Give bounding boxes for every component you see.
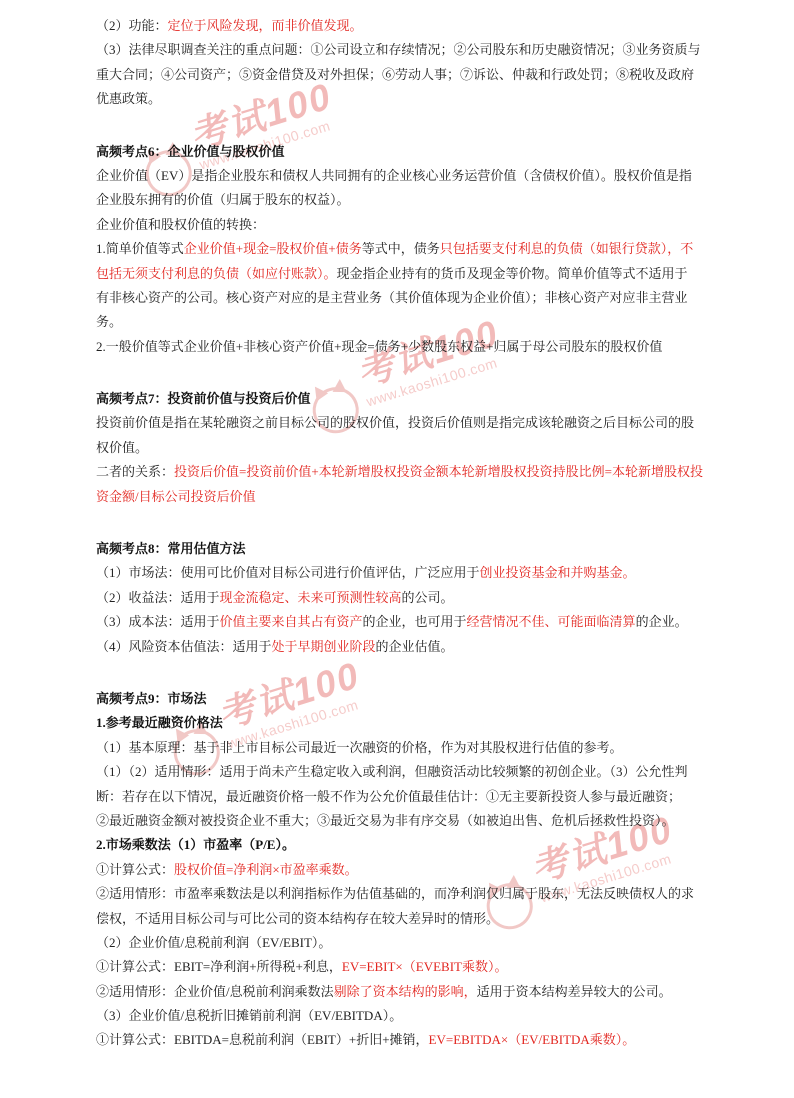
body-text: ①计算公式：EBITDA=息税前利润（EBIT）+折旧+摊销，: [96, 1032, 429, 1047]
highlight-red-text: 只包括要支付利息的负债（如银行贷款），不: [440, 241, 694, 256]
text-line: （3）企业价值/息税折旧摊销前利润（EV/EBITDA）。: [96, 1004, 746, 1028]
text-line: （2）收益法：适用于现金流稳定、未来可预测性较高的公司。: [96, 586, 746, 610]
text-line: 重大合同；④公司资产；⑤资金借贷及对外担保；⑥劳动人事；⑦诉讼、仲裁和行政处罚；…: [96, 63, 746, 87]
text-line: （4）风险资本估值法：适用于处于早期创业阶段的企业估值。: [96, 635, 746, 659]
body-text: 2.一般价值等式企业价值+非核心资产价值+现金=债务+少数股东权益+归属于母公司…: [96, 339, 662, 354]
body-text: 优惠政策。: [96, 91, 161, 106]
body-text: ②适用情形：企业价值/息税前利润乘数法: [96, 984, 334, 999]
body-text: 权价值。: [96, 440, 148, 455]
text-line: 有非核心资产的公司。核心资产对应的是主营业务（其价值体现为企业价值）；非核心资产…: [96, 286, 746, 310]
body-text: 重大合同；④公司资产；⑤资金借贷及对外担保；⑥劳动人事；⑦诉讼、仲裁和行政处罚；…: [96, 67, 694, 82]
text-line: 企业股东拥有的价值（归属于股东的权益）。: [96, 188, 746, 212]
highlight-red-text: 包括无须支付利息的负债（如应付账款）。: [96, 266, 337, 281]
body-text: 的企业。: [636, 614, 688, 629]
highlight-red-text: 股权价值=净利润×市盈率乘数。: [174, 862, 358, 877]
highlight-red-text: EV=EBIT×（EVEBIT乘数）。: [342, 959, 508, 974]
text-line: 企业价值（EV）是指企业股东和债权人共同拥有的企业核心业务运营价值（含债权价值）…: [96, 164, 746, 188]
body-text: （3）企业价值/息税折旧摊销前利润（EV/EBITDA）。: [96, 1008, 402, 1023]
body-text: （4）风险资本估值法：适用于: [96, 639, 272, 654]
highlight-red-text: 创业投资基金和并购基金。: [480, 565, 636, 580]
body-text: 的公司。: [402, 590, 454, 605]
text-line: 务。: [96, 310, 746, 334]
body-text: 1.参考最近融资价格法: [96, 715, 223, 730]
body-text: 断：若存在以下情况，最近融资价格一般不作为公允价值最佳估计：①无主要新投资人参与…: [96, 789, 681, 804]
body-text: 现金指企业持有的货币及现金等价物。简单价值等式不适用于: [337, 266, 688, 281]
body-text: 企业价值和股权价值的转换：: [96, 217, 265, 232]
body-text: （1）基本原理：基于非上市目标公司最近一次融资的价格，作为对其股权进行估值的参考…: [96, 740, 623, 755]
body-text: （1）（2）适用情形：适用于尚未产生稳定收入或利润，但融资活动比较频繁的初创企业…: [96, 764, 688, 779]
text-line: 断：若存在以下情况，最近融资价格一般不作为公允价值最佳估计：①无主要新投资人参与…: [96, 785, 746, 809]
document-page: 考试100 www.kaoshi100.com 考试100 www.kaoshi…: [0, 0, 794, 1098]
text-line: 1.简单价值等式企业价值+现金=股权价值+债务等式中，债务只包括要支付利息的负债…: [96, 237, 746, 261]
text-line: ①计算公式：股权价值=净利润×市盈率乘数。: [96, 858, 746, 882]
text-line: 二者的关系：投资后价值=投资前价值+本轮新增股权投资金额本轮新增股权投资持股比例…: [96, 460, 746, 484]
body-text: 有非核心资产的公司。核心资产对应的是主营业务（其价值体现为企业价值）；非核心资产…: [96, 290, 688, 305]
body-text: （2）企业价值/息税前利润（EV/EBIT）。: [96, 935, 331, 950]
text-line: ②适用情形：市盈率乘数法是以利润指标作为估值基础的，而净利润仅归属于股东，无法反…: [96, 882, 746, 906]
text-line: 投资前价值是指在某轮融资之前目标公司的股权价值，投资后价值则是指完成该轮融资之后…: [96, 411, 746, 435]
text-line: 企业价值和股权价值的转换：: [96, 213, 746, 237]
text-line: 1.参考最近融资价格法: [96, 711, 746, 735]
body-text: 务。: [96, 314, 122, 329]
body-text: 二者的关系：: [96, 464, 174, 479]
highlight-red-text: 价值主要来自其占有资产: [220, 614, 363, 629]
text-line: （2）企业价值/息税前利润（EV/EBIT）。: [96, 931, 746, 955]
text-line: 2.一般价值等式企业价值+非核心资产价值+现金=债务+少数股东权益+归属于母公司…: [96, 335, 746, 359]
body-text: 适用于资本结构差异较大的公司。: [477, 984, 672, 999]
text-line: （1）（2）适用情形：适用于尚未产生稳定收入或利润，但融资活动比较频繁的初创企业…: [96, 760, 746, 784]
body-text: ②适用情形：市盈率乘数法是以利润指标作为估值基础的，而净利润仅归属于股东，无法反…: [96, 886, 694, 901]
text-line: ②最近融资金额对被投资企业不重大；③最近交易为非有序交易（如被迫出售、危机后拯救…: [96, 809, 746, 833]
highlight-red-text: 剔除了资本结构的影响，: [334, 984, 477, 999]
highlight-red-text: 处于早期创业阶段: [272, 639, 376, 654]
body-text: （1）市场法：使用可比价值对目标公司进行价值评估，广泛应用于: [96, 565, 480, 580]
heading-line: 高频考点6：企业价值与股权价值: [96, 140, 746, 164]
highlight-red-text: 企业价值+现金=股权价值+债务: [184, 241, 362, 256]
text-line: （1）市场法：使用可比价值对目标公司进行价值评估，广泛应用于创业投资基金和并购基…: [96, 561, 746, 585]
text-line: 2.市场乘数法（1）市盈率（P/E）。: [96, 833, 746, 857]
text-line: （3）成本法：适用于价值主要来自其占有资产的企业，也可用于经营情况不佳、可能面临…: [96, 610, 746, 634]
highlight-red-text: 投资后价值=投资前价值+本轮新增股权投资金额本轮新增股权投资持股比例=本轮新增股…: [174, 464, 703, 479]
body-text: 1.简单价值等式: [96, 241, 184, 256]
highlight-red-text: 定位于风险发现，而非价值发现。: [168, 18, 363, 33]
body-text: ②最近融资金额对被投资企业不重大；③最近交易为非有序交易（如被迫出售、危机后拯救…: [96, 813, 675, 828]
body-text: （2）收益法：适用于: [96, 590, 220, 605]
heading-line: 高频考点7：投资前价值与投资后价值: [96, 387, 746, 411]
body-text: 高频考点7：投资前价值与投资后价值: [96, 391, 311, 406]
body-text: ①计算公式：EBIT=净利润+所得税+利息，: [96, 959, 342, 974]
heading-line: 高频考点8：常用估值方法: [96, 537, 746, 561]
body-text: 等式中，债务: [362, 241, 440, 256]
highlight-red-text: 经营情况不佳、可能面临清算: [467, 614, 636, 629]
body-text: 企业价值（EV）是指企业股东和债权人共同拥有的企业核心业务运营价值（含债权价值）…: [96, 168, 692, 183]
text-line: 优惠政策。: [96, 87, 746, 111]
body-text: 企业股东拥有的价值（归属于股东的权益）。: [96, 192, 350, 207]
text-line: 资金额/目标公司投资后价值: [96, 485, 746, 509]
body-text: 高频考点9：市场法: [96, 691, 207, 706]
body-text: 2.市场乘数法（1）市盈率（P/E）。: [96, 837, 295, 852]
body-text: （2）功能：: [96, 18, 168, 33]
body-text: 投资前价值是指在某轮融资之前目标公司的股权价值，投资后价值则是指完成该轮融资之后…: [96, 415, 694, 430]
body-text: 高频考点6：企业价值与股权价值: [96, 144, 285, 159]
highlight-red-text: 资金额/目标公司投资后价值: [96, 489, 256, 504]
text-line: 偿权，不适用目标公司与可比公司的资本结构存在较大差异时的情形。: [96, 907, 746, 931]
text-line: 权价值。: [96, 436, 746, 460]
text-line: （1）基本原理：基于非上市目标公司最近一次融资的价格，作为对其股权进行估值的参考…: [96, 736, 746, 760]
body-text: 偿权，不适用目标公司与可比公司的资本结构存在较大差异时的情形。: [96, 911, 499, 926]
body-text: ①计算公式：: [96, 862, 174, 877]
text-line: （2）功能：定位于风险发现，而非价值发现。: [96, 14, 746, 38]
text-line: （3）法律尽职调查关注的重点问题：①公司设立和存续情况；②公司股东和历史融资情况…: [96, 38, 746, 62]
text-line: ①计算公式：EBITDA=息税前利润（EBIT）+折旧+摊销，EV=EBITDA…: [96, 1028, 746, 1052]
text-line: ②适用情形：企业价值/息税前利润乘数法剔除了资本结构的影响，适用于资本结构差异较…: [96, 980, 746, 1004]
body-text: （3）法律尽职调查关注的重点问题：①公司设立和存续情况；②公司股东和历史融资情况…: [96, 42, 701, 57]
text-line: 包括无须支付利息的负债（如应付账款）。现金指企业持有的货币及现金等价物。简单价值…: [96, 262, 746, 286]
highlight-red-text: EV=EBITDA×（EV/EBITDA乘数）。: [429, 1032, 636, 1047]
text-line: ①计算公式：EBIT=净利润+所得税+利息，EV=EBIT×（EVEBIT乘数）…: [96, 955, 746, 979]
body-text: （3）成本法：适用于: [96, 614, 220, 629]
document-text: （2）功能：定位于风险发现，而非价值发现。（3）法律尽职调查关注的重点问题：①公…: [0, 0, 746, 1053]
highlight-red-text: 现金流稳定、未来可预测性较高: [220, 590, 402, 605]
heading-line: 高频考点9：市场法: [96, 687, 746, 711]
body-text: 高频考点8：常用估值方法: [96, 541, 246, 556]
body-text: 的企业估值。: [376, 639, 454, 654]
body-text: 的企业，也可用于: [363, 614, 467, 629]
